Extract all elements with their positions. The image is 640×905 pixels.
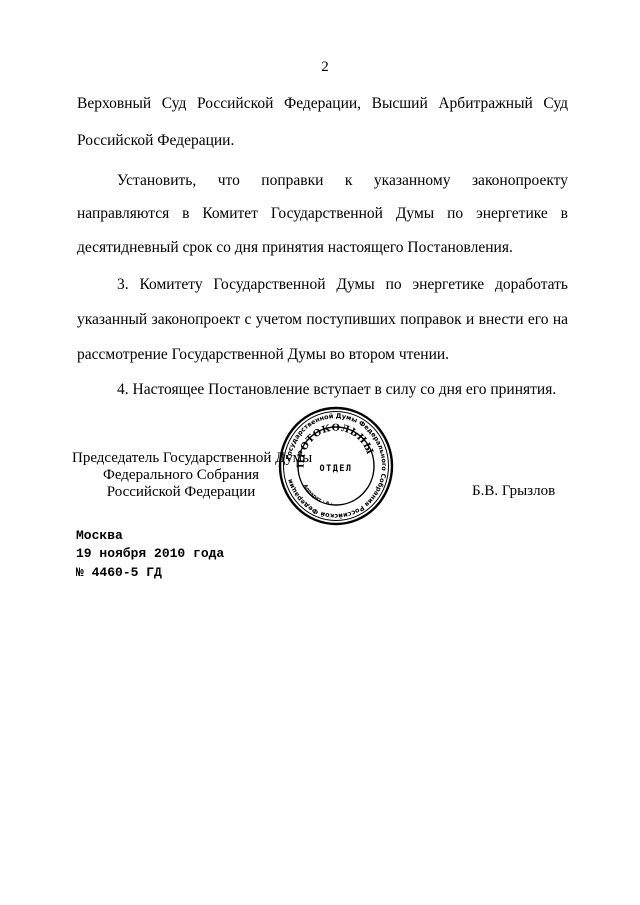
body-line-4: направляются в Комитет Государственной Д… — [77, 205, 568, 223]
signature-title-line-1: Председатель Государственной Думы — [72, 450, 312, 467]
body-line-8: рассмотрение Государственной Думы во вто… — [77, 346, 568, 364]
page-number: 2 — [0, 59, 640, 76]
body-line-6: 3. Комитету Государственной Думы по энер… — [117, 276, 568, 294]
signatory-name: Б.В. Грызлов — [472, 483, 555, 500]
document-page: 2 Верховный Суд Российской Федерации, Вы… — [0, 0, 640, 905]
body-line-1: Верховный Суд Российской Федерации, Высш… — [77, 95, 568, 113]
stamp-seal-icon: Государственной Думы Федерального Собран… — [278, 406, 394, 526]
signature-title-line-2: Федерального Собрания — [72, 467, 290, 484]
official-stamp: Государственной Думы Федерального Собран… — [278, 406, 394, 526]
body-line-3: Установить, что поправки к указанному за… — [117, 172, 568, 190]
stamp-center-text: ОТДЕЛ — [319, 464, 352, 474]
footer-date: 19 ноября 2010 года — [76, 546, 224, 561]
footer-document-number: № 4460-5 ГД — [76, 565, 162, 580]
body-line-5: десятидневный срок со дня принятия насто… — [77, 239, 568, 257]
footer-city: Москва — [76, 528, 123, 543]
body-line-2: Российской Федерации. — [77, 132, 568, 150]
signature-title-line-3: Российской Федерации — [72, 484, 290, 501]
body-line-9: 4. Настоящее Постановление вступает в си… — [117, 381, 568, 399]
body-line-7: указанный законопроект с учетом поступив… — [77, 311, 568, 329]
